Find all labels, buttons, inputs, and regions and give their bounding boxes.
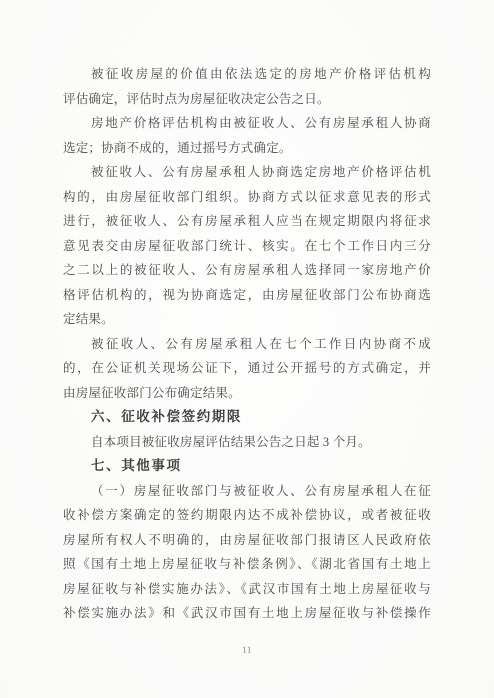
text-line: 由房屋征收部门公布确定结果。 xyxy=(63,381,431,406)
text-line: 房屋征收与补偿实施办法》、《武汉市国有土地上房屋征收与 xyxy=(63,577,431,602)
text-line: 进行，被征收人、公有房屋承租人应当在规定期限内将征求 xyxy=(63,209,431,234)
paragraph: 被征收人、公有房屋承租人协商选定房地产价格评估机构的，由房屋征收部门组织。协商方… xyxy=(63,160,431,332)
document-body: 被征收房屋的价值由依法选定的房地产价格评估机构评估确定，评估时点为房屋征收决定公… xyxy=(63,62,431,626)
text-line: 收补偿方案确定的签约期限内达不成补偿协议，或者被征收 xyxy=(63,503,431,528)
text-line: 被征收人、公有房屋承租人协商选定房地产价格评估机 xyxy=(63,160,431,185)
text-line: 房地产价格评估机构由被征收人、公有房屋承租人协商 xyxy=(63,111,431,136)
text-line: 之二以上的被征收人、公有房屋承租人选择同一家房地产价 xyxy=(63,258,431,283)
text-line: 评估确定，评估时点为房屋征收决定公告之日。 xyxy=(63,87,431,112)
paragraph: （一）房屋征收部门与被征收人、公有房屋承租人在征收补偿方案确定的签约期限内达不成… xyxy=(63,479,431,626)
text-line: 被征收人、公有房屋承租人在七个工作日内协商不成 xyxy=(63,332,431,357)
text-line: 格评估机构的，视为协商选定，由房屋征收部门公布协商选 xyxy=(63,283,431,308)
text-line: （一）房屋征收部门与被征收人、公有房屋承租人在征 xyxy=(63,479,431,504)
text-line: 补偿实施办法》和《武汉市国有土地上房屋征收与补偿操作 xyxy=(63,601,431,626)
text-line: 意见表交由房屋征收部门统计、核实。在七个工作日内三分 xyxy=(63,234,431,259)
text-line: 构的，由房屋征收部门组织。协商方式以征求意见表的形式 xyxy=(63,185,431,210)
paragraph: 自本项目被征收房屋评估结果公告之日起 3 个月。 xyxy=(63,430,431,455)
text-line: 定结果。 xyxy=(63,307,431,332)
text-line: 六、征收补偿签约期限 xyxy=(63,405,431,430)
paragraph: 被征收人、公有房屋承租人在七个工作日内协商不成的，在公证机关现场公证下，通过公开… xyxy=(63,332,431,406)
section-heading: 七、其他事项 xyxy=(63,454,431,479)
text-line: 选定；协商不成的，通过摇号方式确定。 xyxy=(63,136,431,161)
text-line: 自本项目被征收房屋评估结果公告之日起 3 个月。 xyxy=(63,430,431,455)
page-number: 11 xyxy=(0,645,494,655)
paragraph: 房地产价格评估机构由被征收人、公有房屋承租人协商选定；协商不成的，通过摇号方式确… xyxy=(63,111,431,160)
document-page: 被征收房屋的价值由依法选定的房地产价格评估机构评估确定，评估时点为房屋征收决定公… xyxy=(0,0,494,698)
text-line: 的，在公证机关现场公证下，通过公开摇号的方式确定，并 xyxy=(63,356,431,381)
section-heading: 六、征收补偿签约期限 xyxy=(63,405,431,430)
text-line: 七、其他事项 xyxy=(63,454,431,479)
text-line: 照《国有土地上房屋征收与补偿条例》、《湖北省国有土地上 xyxy=(63,552,431,577)
paragraph: 被征收房屋的价值由依法选定的房地产价格评估机构评估确定，评估时点为房屋征收决定公… xyxy=(63,62,431,111)
text-line: 被征收房屋的价值由依法选定的房地产价格评估机构 xyxy=(63,62,431,87)
text-line: 房屋所有权人不明确的，由房屋征收部门报请区人民政府依 xyxy=(63,528,431,553)
